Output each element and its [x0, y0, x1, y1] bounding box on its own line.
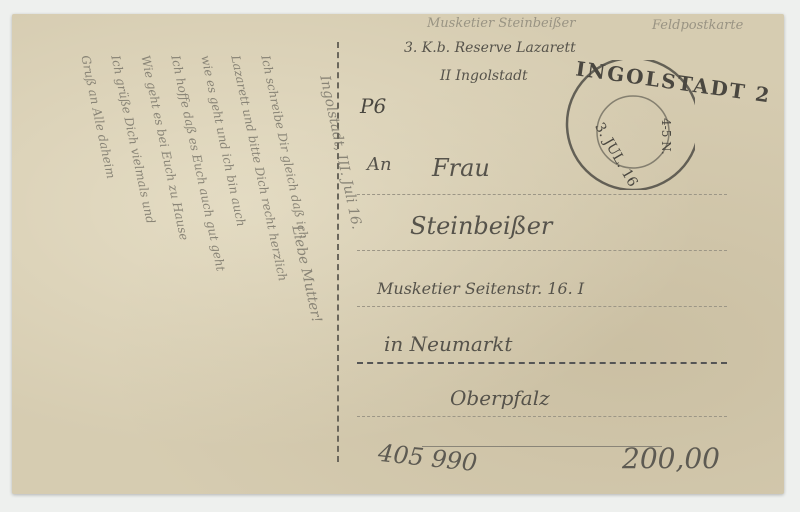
address-line-2: Steinbeißer [410, 212, 552, 240]
address-line-1: Frau [432, 154, 490, 182]
address-rule [357, 194, 727, 195]
inventory-number: 405 990 [377, 439, 479, 477]
message-area: Ingolstadt, III. Juli 16. Liebe Mutter! … [42, 34, 332, 484]
postmark: INGOLSTADT 2 3. JUL. 16 4-5 N. [545, 60, 695, 190]
address-rule [357, 250, 727, 251]
sender-line-2: 3. K.b. Reserve Lazarett [404, 40, 576, 56]
price-note: 200,00 [622, 442, 720, 475]
sender-line-1: Musketier Steinbeißer [427, 16, 575, 31]
address-rule [357, 416, 727, 417]
address-rule [357, 306, 727, 307]
address-line-5: Oberpfalz [450, 386, 550, 410]
center-divider [337, 42, 339, 462]
address-rule [357, 362, 727, 364]
sender-line-3: II Ingolstadt [440, 68, 528, 84]
message-place-date: Ingolstadt, III. Juli 16. [316, 74, 364, 231]
message-greeting: Liebe Mutter! [288, 224, 324, 324]
address-salutation: An [367, 154, 392, 175]
top-right-note: Feldpostkarte [652, 18, 743, 33]
address-line-4: in Neumarkt [384, 332, 512, 356]
postmark-time: 4-5 N. [659, 118, 673, 155]
address-line-3: Musketier Seitenstr. 16. I [377, 279, 584, 298]
page-mark: P6 [360, 94, 386, 118]
postcard: Ingolstadt, III. Juli 16. Liebe Mutter! … [12, 14, 784, 494]
message-line: Lazarett und bitte Dich recht herzlich [228, 54, 290, 282]
